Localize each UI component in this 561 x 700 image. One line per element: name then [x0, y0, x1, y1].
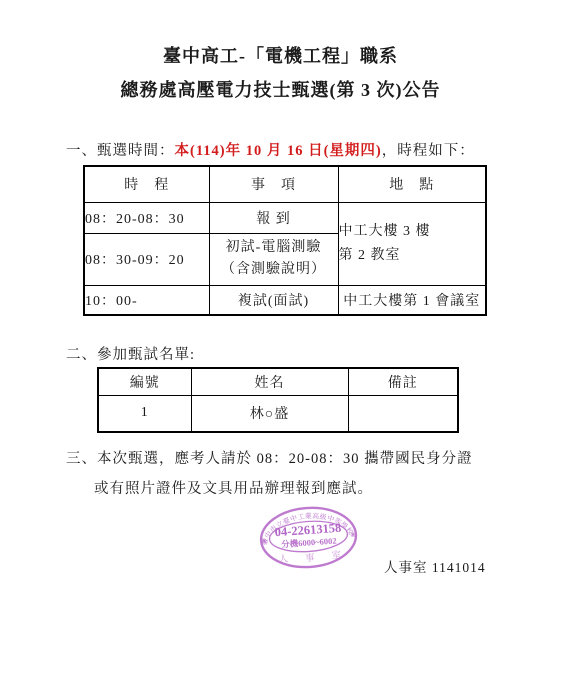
- footer-dept-code: 人事室 1141014: [384, 556, 486, 576]
- schedule-row2-event: 初試-電腦測驗 （含測驗說明）: [209, 233, 338, 285]
- schedule-row-3: 10：00- 複試(面試) 中工大樓第 1 會議室: [84, 285, 486, 315]
- document-title-line2: 總務處高壓電力技士甄選(第 3 次)公告: [0, 76, 561, 102]
- merged-location-line2: 第 2 教室: [339, 244, 486, 268]
- office-stamp: 臺中市立臺中工業高級中等學校 ❀ ❀ 04-22613158 分機6000~60…: [243, 492, 383, 592]
- candidates-table: 編號 姓名 備註 1 林○盛: [97, 367, 459, 433]
- section1-suffix: ，時程如下：: [382, 143, 475, 159]
- svg-text:室: 室: [331, 549, 342, 562]
- candidates-header-note: 備註: [348, 368, 458, 395]
- schedule-header-event: 事 項: [209, 166, 338, 202]
- schedule-row2-event-line1: 初試-電腦測驗: [210, 237, 338, 259]
- schedule-row1-event: 報 到: [209, 202, 338, 233]
- candidate1-no: 1: [98, 395, 191, 432]
- candidates-row-1: 1 林○盛: [98, 395, 458, 432]
- schedule-row-1: 08：20-08：30 報 到 中工大樓 3 樓 第 2 教室: [84, 202, 486, 233]
- merged-location-line1: 中工大樓 3 樓: [339, 220, 486, 244]
- schedule-row2-event-line2: （含測驗說明）: [210, 259, 338, 281]
- candidates-header-row: 編號 姓名 備註: [98, 368, 458, 395]
- section1-prefix: 一、甄選時間：: [66, 143, 175, 159]
- candidate1-note: [348, 395, 458, 432]
- section2-label: 二、參加甄試名單:: [66, 343, 195, 364]
- schedule-header-time: 時 程: [84, 166, 209, 202]
- announcement-document: 臺中高工-「電機工程」職系 總務處高壓電力技士甄選(第 3 次)公告 一、甄選時…: [0, 0, 561, 700]
- schedule-row3-location: 中工大樓第 1 會議室: [338, 285, 486, 315]
- candidates-header-no: 編號: [98, 368, 191, 395]
- schedule-row2-time: 08：30-09：20: [84, 233, 209, 285]
- document-title-line1: 臺中高工-「電機工程」職系: [0, 42, 561, 68]
- schedule-row1-time: 08：20-08：30: [84, 202, 209, 233]
- flower-icon: ❀: [350, 532, 356, 539]
- schedule-merged-location: 中工大樓 3 樓 第 2 教室: [338, 202, 486, 285]
- section1-line: 一、甄選時間：本(114)年 10 月 16 日(星期四)，時程如下：: [66, 139, 475, 160]
- svg-text:人: 人: [278, 552, 289, 565]
- schedule-row3-event: 複試(面試): [209, 285, 338, 315]
- schedule-header-row: 時 程 事 項 地 點: [84, 166, 486, 202]
- schedule-header-location: 地 點: [338, 166, 486, 202]
- candidate1-name: 林○盛: [191, 395, 348, 432]
- schedule-row3-time: 10：00-: [84, 285, 209, 315]
- section3-line1: 三、本次甄選，應考人請於 08：20-08：30 攜帶國民身分證: [66, 447, 473, 468]
- candidates-header-name: 姓名: [191, 368, 348, 395]
- flower-icon: ❀: [261, 538, 267, 545]
- section1-highlighted-date: 本(114)年 10 月 16 日(星期四): [175, 143, 382, 159]
- schedule-table: 時 程 事 項 地 點 08：20-08：30 報 到 中工大樓 3 樓 第 2…: [83, 165, 487, 316]
- svg-text:事: 事: [305, 552, 316, 565]
